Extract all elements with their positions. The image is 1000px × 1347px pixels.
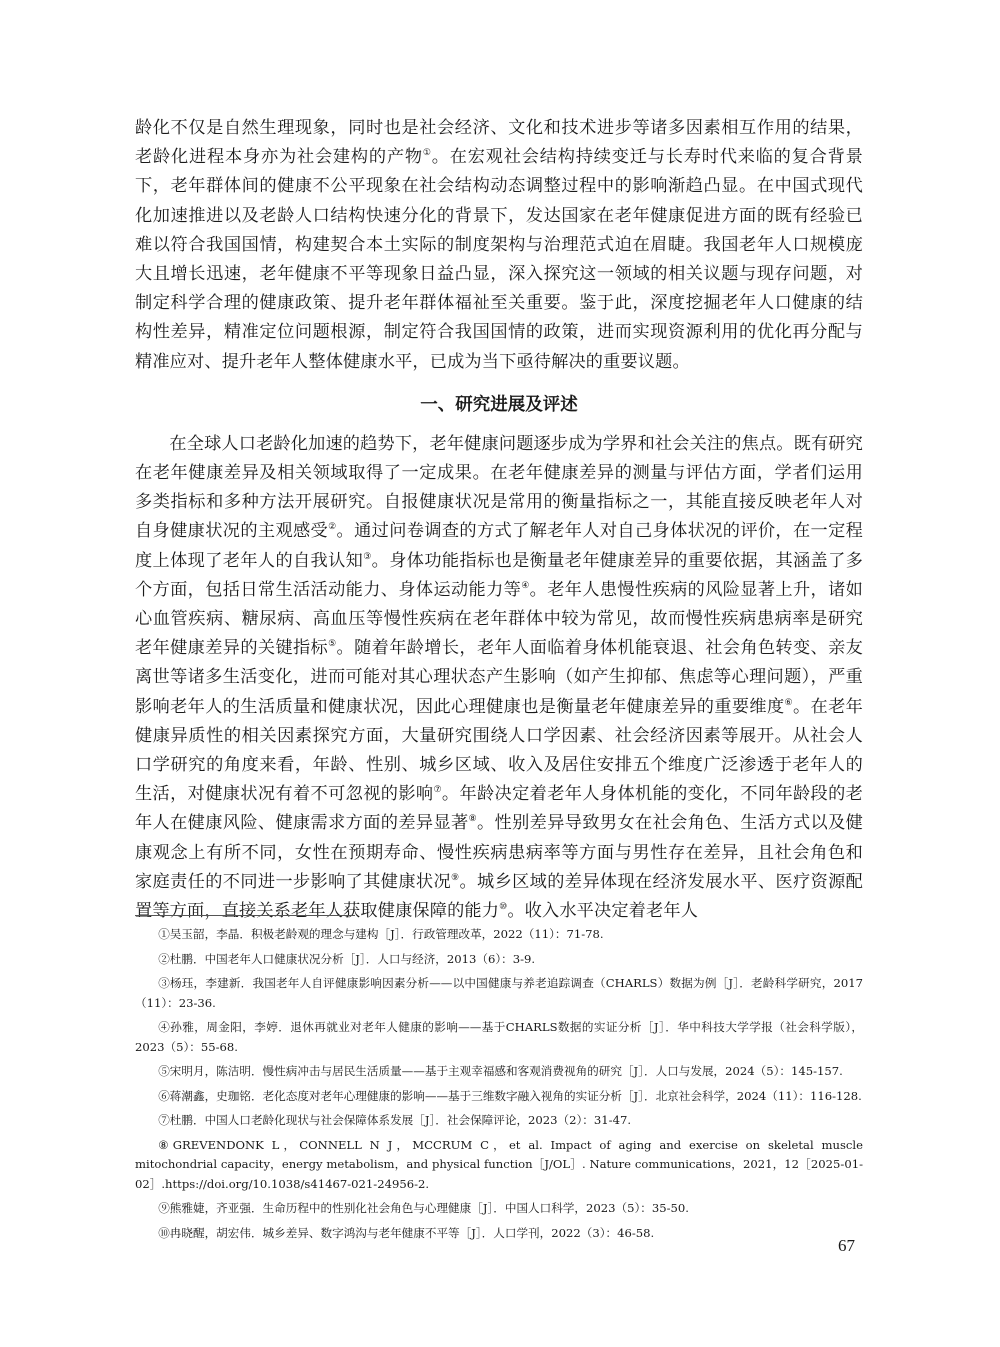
footnote-ref-2[interactable]: ② <box>328 522 336 532</box>
footnote-divider <box>135 915 355 916</box>
footnote-6: ⑥蒋潮鑫，史珈铭．老化态度对老年心理健康的影响——基于三维数字融入视角的实证分析… <box>135 1087 863 1107</box>
footnote-ref-5[interactable]: ⑤ <box>328 639 336 649</box>
footnotes-list: ①吴玉韶，李晶．积极老龄观的理念与建构［J］．行政管理改革，2022（11）：7… <box>135 925 863 1248</box>
footnote-3: ③杨珏，李建新．我国老年人自评健康影响因素分析——以中国健康与养老追踪调查（CH… <box>135 974 863 1013</box>
intro-paragraph-continued: 龄化不仅是自然生理现象，同时也是社会经济、文化和技术进步等诸多因素相互作用的结果… <box>135 114 863 377</box>
footnote-5: ⑤宋明月，陈洁明．慢性病冲击与居民生活质量——基于主观幸福感和客观消费视角的研究… <box>135 1062 863 1082</box>
document-page: 龄化不仅是自然生理现象，同时也是社会经济、文化和技术进步等诸多因素相互作用的结果… <box>0 0 1000 1347</box>
footnote-ref-7[interactable]: ⑦ <box>433 785 441 795</box>
paragraph-text: 。收入水平决定着老年人 <box>507 901 698 921</box>
footnote-ref-8[interactable]: ⑧ <box>469 814 477 824</box>
paragraph-text: 。在宏观社会结构持续变迁与长寿时代来临的复合背景下，老年群体间的健康不公平现象在… <box>135 147 863 371</box>
footnote-8[interactable]: ⑧GREVENDONK L，CONNELL N J，MCCRUM C，et al… <box>135 1136 863 1195</box>
footnote-ref-4[interactable]: ④ <box>521 581 529 591</box>
page-number: 67 <box>838 1236 855 1256</box>
footnote-ref-1[interactable]: ① <box>423 148 432 158</box>
footnote-9: ⑨熊雅婕，齐亚强．生命历程中的性别化社会角色与心理健康［J］．中国人口科学，20… <box>135 1199 863 1219</box>
footnote-2: ②杜鹏．中国老年人口健康状况分析［J］．人口与经济，2013（6）：3-9. <box>135 950 863 970</box>
footnote-ref-3[interactable]: ③ <box>363 552 371 562</box>
footnote-4: ④孙雅，周金阳，李婷．退休再就业对老年人健康的影响——基于CHARLS数据的实证… <box>135 1018 863 1057</box>
footnote-ref-6[interactable]: ⑥ <box>785 698 793 708</box>
footnote-10: ⑩冉晓醒，胡宏伟．城乡差异、数字鸿沟与老年健康不平等［J］．人口学刊，2022（… <box>135 1224 863 1244</box>
footnote-7: ⑦杜鹏．中国人口老龄化现状与社会保障体系发展［J］．社会保障评论，2023（2）… <box>135 1111 863 1131</box>
section-heading: 一、研究进展及评述 <box>135 390 863 420</box>
main-body-text: 龄化不仅是自然生理现象，同时也是社会经济、文化和技术进步等诸多因素相互作用的结果… <box>135 114 863 926</box>
research-review-paragraph: 在全球人口老龄化加速的趋势下，老年健康问题逐步成为学界和社会关注的焦点。既有研究… <box>135 430 863 926</box>
footnote-1: ①吴玉韶，李晶．积极老龄观的理念与建构［J］．行政管理改革，2022（11）：7… <box>135 925 863 945</box>
